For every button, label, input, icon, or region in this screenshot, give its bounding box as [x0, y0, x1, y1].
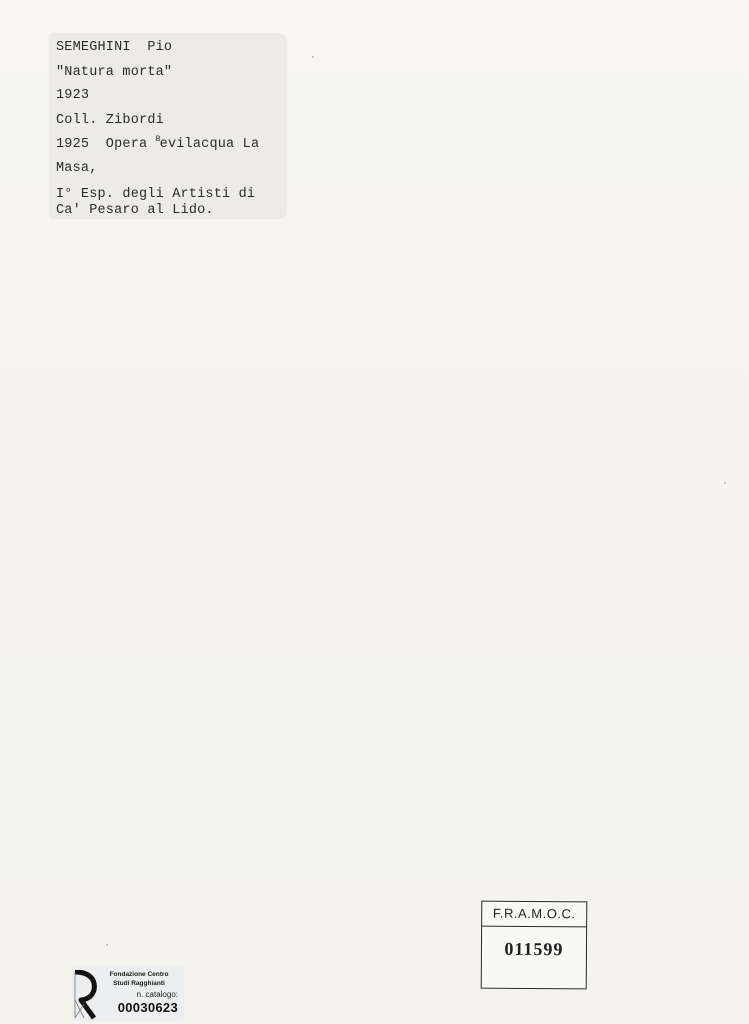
artwork-title: "Natura morta"	[56, 65, 172, 80]
exhibition-1925-cont: Masa,	[56, 161, 98, 176]
framoc-stamp: F.R.A.M.O.C. 011599	[481, 901, 588, 990]
stamp-header: F.R.A.M.O.C.	[482, 902, 586, 928]
catalog-caption: n. catalogo:	[137, 990, 178, 999]
org-name-line2: Studi Ragghianti	[94, 979, 184, 988]
exhibition-1925: 1925 Opera Bevilacqua La	[56, 137, 259, 152]
paper-speck	[312, 56, 314, 58]
collection: Coll. Zibordi	[56, 113, 164, 128]
paper-speck	[724, 482, 726, 484]
stamp-number: 011599	[482, 927, 586, 972]
exhibition-1925-sup: B	[156, 135, 161, 144]
paper-speck	[106, 944, 108, 946]
exhibition-1925-rest: evilacqua La	[160, 137, 260, 152]
exhibition-1925-prefix: 1925 Opera	[56, 137, 156, 152]
exhibition-capesaro: I° Esp. degli Artisti di	[56, 187, 255, 202]
exhibition-capesaro-cont: Ca' Pesaro al Lido.	[56, 203, 214, 218]
typed-index-card: SEMEGHINI Pio "Natura morta" 1923 Coll. …	[49, 33, 287, 219]
artwork-year: 1923	[56, 88, 89, 103]
catalog-label: Fondazione Centro Studi Ragghianti n. ca…	[72, 966, 184, 1021]
artist-name: SEMEGHINI Pio	[56, 40, 172, 55]
catalog-number: 00030623	[118, 1000, 178, 1015]
org-name-line1: Fondazione Centro	[94, 970, 184, 979]
